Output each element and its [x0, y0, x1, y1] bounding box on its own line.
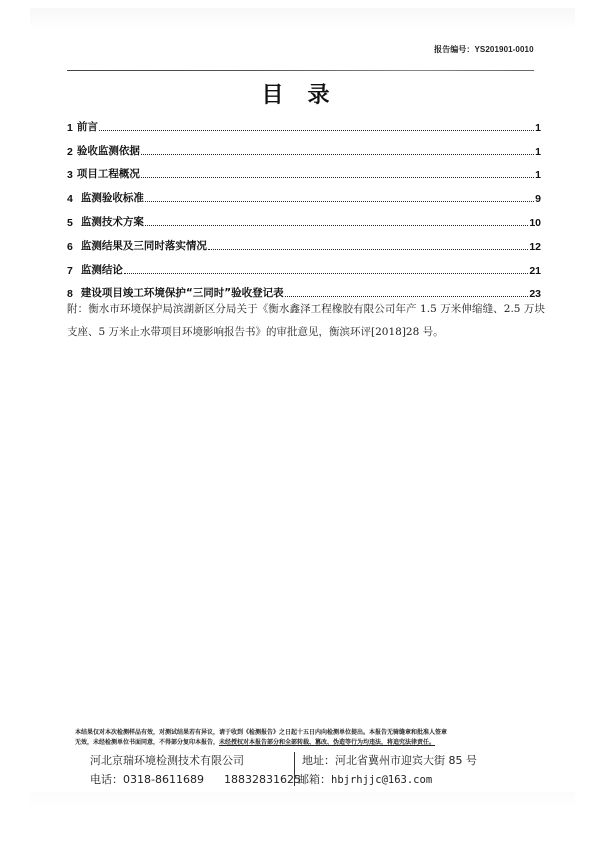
toc-entry-foreword[interactable]: 1 前言 1 — [67, 110, 541, 134]
toc-entry-page: 1 — [535, 169, 541, 181]
toc-entry-basis[interactable]: 2 验收监测依据 1 — [67, 134, 541, 158]
toc-dot-leader — [124, 273, 528, 274]
email-label: 邮箱： — [298, 773, 331, 786]
toc-entry-label: 监测技术方案 — [81, 214, 144, 229]
contact-email: 邮箱：hbjrhjjc@163.com — [298, 771, 432, 787]
contact-phone: 电话：0318-861168918832831625 — [90, 771, 301, 787]
toc-entry-registration-form[interactable]: 8 建设项目竣工环境保护“三同时”验收登记表 23 — [67, 277, 541, 301]
page-title: 目录 — [0, 78, 595, 109]
toc-entry-label: 监测结论 — [81, 262, 123, 277]
disclaimer-line-2-underlined: 未经授权对本报告部分和全部转载、篡改、伪造等行为均违法，将追究法律责任。 — [219, 739, 435, 746]
toc-entry-standards[interactable]: 4 监测验收标准 9 — [67, 181, 541, 205]
toc-entry-results[interactable]: 6 监测结果及三同时落实情况 12 — [67, 229, 541, 253]
address-value: 河北省冀州市迎宾大街 85 号 — [335, 754, 477, 767]
toc-entry-page: 9 — [535, 193, 541, 205]
footer-disclaimer: 本结果仅对本次检测样品有效，对测试结果若有异议，请于收到《检测报告》之日起十五日… — [75, 728, 545, 748]
toc-entry-number: 4 — [67, 193, 73, 205]
toc-entry-number: 7 — [67, 265, 73, 277]
toc-entry-page: 1 — [535, 146, 541, 158]
toc-entry-label: 前言 — [77, 119, 98, 134]
toc-dot-leader — [99, 130, 534, 131]
phone-label: 电话： — [90, 773, 123, 786]
attachment-note: 附：衡水市环境保护局滨湖新区分局关于《衡水鑫泽工程橡胶有限公司年产 1.5 万米… — [67, 298, 545, 343]
toc-entry-number: 5 — [67, 217, 73, 229]
toc-entry-label: 监测验收标准 — [81, 190, 144, 205]
address-label: 地址： — [302, 754, 335, 767]
phone-number: 0318-8611689 — [123, 773, 204, 786]
toc-entry-technical-plan[interactable]: 5 监测技术方案 10 — [67, 205, 541, 229]
document-page: 报告编号：YS201901-0010 目录 1 前言 1 2 验收监测依据 1 … — [0, 0, 595, 842]
toc-dot-leader — [141, 177, 534, 178]
disclaimer-line-2-plain: 无效，未经检测单位书面同意，不得部分复印本报告， — [75, 739, 219, 746]
toc-dot-leader — [145, 225, 528, 226]
disclaimer-line-1: 本结果仅对本次检测样品有效，对测试结果若有异议，请于收到《检测报告》之日起十五日… — [75, 728, 545, 738]
toc-entry-project-overview[interactable]: 3 项目工程概况 1 — [67, 158, 541, 182]
toc-entry-number: 1 — [67, 122, 73, 134]
report-number: 报告编号：YS201901-0010 — [434, 44, 534, 55]
scan-artifact-bottom — [30, 792, 575, 808]
contact-address: 地址：河北省冀州市迎宾大街 85 号 — [302, 752, 477, 768]
toc-entry-page: 21 — [529, 265, 541, 277]
mobile-number: 18832831625 — [224, 773, 301, 786]
toc-dot-leader — [141, 154, 534, 155]
toc-entry-page: 1 — [535, 122, 541, 134]
scan-artifact-top — [30, 8, 575, 30]
disclaimer-line-2: 无效，未经检测单位书面同意，不得部分复印本报告，未经授权对本报告部分和全部转载、… — [75, 738, 545, 748]
toc-entry-number: 2 — [67, 146, 73, 158]
toc-entry-page: 12 — [529, 241, 541, 253]
toc-entry-label: 验收监测依据 — [77, 143, 140, 158]
footer-divider — [294, 752, 295, 786]
toc-dot-leader — [208, 249, 528, 250]
toc-dot-leader — [145, 201, 534, 202]
toc-entry-label: 监测结果及三同时落实情况 — [81, 238, 207, 253]
toc-entry-conclusion[interactable]: 7 监测结论 21 — [67, 253, 541, 277]
toc-entry-number: 3 — [67, 169, 73, 181]
toc-entry-page: 10 — [529, 217, 541, 229]
toc-entry-number: 6 — [67, 241, 73, 253]
toc-entry-label: 项目工程概况 — [77, 166, 140, 181]
header-rule — [67, 70, 534, 71]
company-name: 河北京瑞环境检测技术有限公司 — [90, 752, 244, 768]
email-value: hbjrhjjc@163.com — [331, 774, 432, 786]
table-of-contents: 1 前言 1 2 验收监测依据 1 3 项目工程概况 1 4 监测验收标准 9 … — [67, 110, 541, 300]
